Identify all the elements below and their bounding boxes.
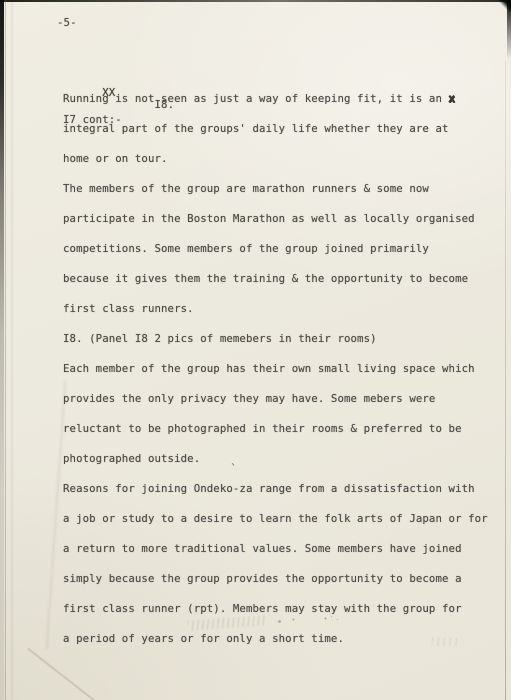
text-line: a job or study to a desire to learn the … — [63, 504, 503, 534]
scan-corner-top-right — [495, 0, 511, 12]
text-line: simply because the group provides the op… — [63, 564, 503, 594]
text-line: Running is not seen as just a way of kee… — [63, 84, 503, 114]
text-line: home or on tour. — [63, 144, 503, 174]
text-line: first class runner (rpt). Members may st… — [63, 594, 503, 624]
page-number: -5- — [57, 16, 77, 29]
text-line: integral part of the groups' daily life … — [63, 114, 503, 144]
text-line: photographed outside. — [63, 444, 503, 474]
text-line: reluctant to be photographed in their ro… — [63, 414, 503, 444]
text-line: Reasons for joining Ondeko-za range from… — [63, 474, 503, 504]
scan-edge-top — [0, 0, 511, 2]
text-line: because it gives them the training & the… — [63, 264, 503, 294]
pencil-dots — [278, 620, 281, 623]
paper-edge-left-line — [5, 0, 6, 700]
text-line: The members of the group are marathon ru… — [63, 174, 503, 204]
paper-edge-right-line — [505, 60, 506, 700]
overstruck-character: x — [449, 92, 456, 105]
paper-crease-vertical — [11, 0, 13, 700]
text-line: participate in the Boston Marathon as we… — [63, 204, 503, 234]
paragraph-lines: Running is not seen as just a way of kee… — [63, 84, 503, 654]
text-line: first class runners. — [63, 294, 503, 324]
pencil-mark-faint — [432, 638, 458, 646]
text-line: I8. (Panel I8 2 pics of memebers in thei… — [63, 324, 503, 354]
scanned-document-page: -5- I8. XX I7 cont:- Running is not seen… — [0, 0, 511, 700]
text-line: competitions. Some members of the group … — [63, 234, 503, 264]
text-line: Each member of the group has their own s… — [63, 354, 503, 384]
stray-ink-tick: ` — [230, 462, 237, 476]
scan-edge-left — [0, 0, 4, 700]
text-line: a return to more traditional values. Som… — [63, 534, 503, 564]
text-line: provides the only privacy they may have.… — [63, 384, 503, 414]
